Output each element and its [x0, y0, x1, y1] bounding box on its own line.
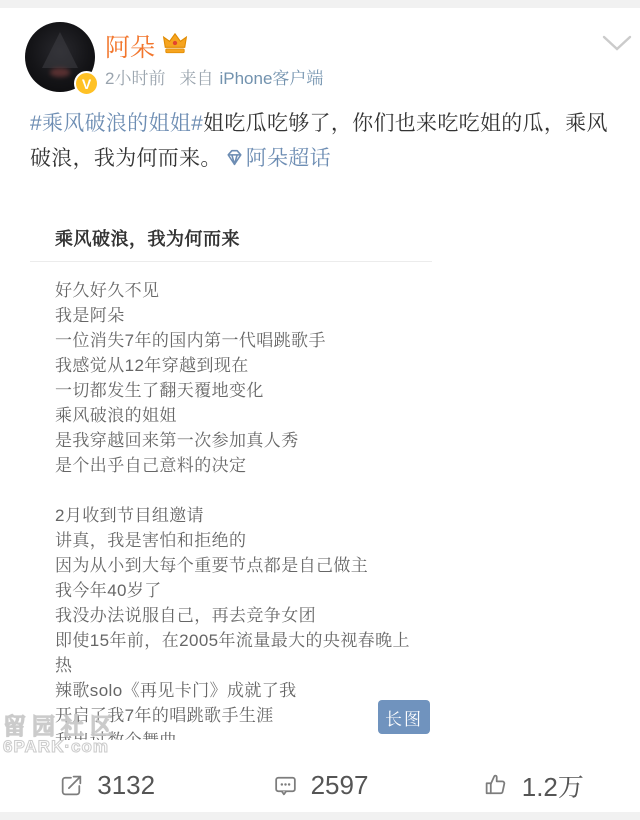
text-line: 好久好久不见 — [55, 278, 417, 303]
text-line: 我是阿朵 — [55, 303, 417, 328]
text-line: 乘风破浪的姐姐 — [55, 403, 417, 428]
long-image-badge: 长图 — [378, 700, 430, 734]
username[interactable]: 阿朵 — [105, 28, 155, 64]
comment-icon — [272, 772, 299, 799]
long-image-divider — [30, 261, 432, 262]
text-line: 2月收到节目组邀请 — [55, 503, 417, 528]
text-line: 我今年40岁了 — [55, 578, 417, 603]
text-line: 因为从小到大每个重要节点都是自己做主 — [55, 553, 417, 578]
text-line: 一切都发生了翻天覆地变化 — [55, 378, 417, 403]
supertopic-link[interactable]: 阿朵超话 — [246, 147, 331, 170]
long-image-title: 乘风破浪，我为何而来 — [55, 227, 417, 252]
repost-button[interactable]: 3132 — [0, 770, 213, 801]
post-meta: 2小时前来自iPhone客户端 — [105, 64, 323, 89]
like-button[interactable]: 1.2万 — [427, 767, 640, 804]
long-image-attachment[interactable]: 乘风破浪，我为何而来 好久好久不见 我是阿朵 一位消失7年的国内第一代唱跳歌手 … — [30, 215, 432, 740]
source-prefix: 来自 — [179, 69, 213, 88]
thumbs-up-icon — [483, 772, 510, 799]
avatar-face-detail — [50, 68, 70, 77]
action-bar: 3132 2597 1.2万 — [0, 760, 640, 810]
supertopic-gem-icon — [224, 150, 245, 173]
repost-icon — [58, 772, 85, 799]
like-count: 1.2万 — [522, 767, 584, 804]
hashtag-link[interactable]: #乘风破浪的姐姐# — [30, 112, 203, 135]
text-line: 讲真，我是害怕和拒绝的 — [55, 528, 417, 553]
timestamp: 2小时前 — [105, 69, 165, 88]
avatar-silhouette — [42, 32, 78, 68]
repost-count: 3132 — [97, 770, 155, 801]
text-line: 即使15年前，在2005年流量最大的央视春晚上热 — [55, 628, 417, 678]
text-line: 我出过数个舞曲 — [55, 728, 417, 740]
bottom-divider-strip — [0, 812, 640, 820]
long-image-paragraph-1: 好久好久不见 我是阿朵 一位消失7年的国内第一代唱跳歌手 我感觉从12年穿越到现… — [55, 278, 417, 478]
watermark-site-url: 6PARK·com — [3, 738, 119, 756]
comment-button[interactable]: 2597 — [213, 770, 426, 801]
avatar[interactable]: V — [25, 22, 95, 92]
text-line: 开启了我7年的唱跳歌手生涯 — [55, 703, 417, 728]
long-image-paragraph-2: 2月收到节目组邀请 讲真，我是害怕和拒绝的 因为从小到大每个重要节点都是自己做主… — [55, 503, 417, 740]
text-line: 辣歌solo《再见卡门》成就了我 — [55, 678, 417, 703]
comment-count: 2597 — [311, 770, 369, 801]
text-line: 是个出乎自己意料的决定 — [55, 453, 417, 478]
text-line: 一位消失7年的国内第一代唱跳歌手 — [55, 328, 417, 353]
vip-crown-icon — [162, 31, 188, 62]
source-link[interactable]: iPhone客户端 — [219, 69, 323, 88]
chevron-down-icon[interactable] — [602, 34, 632, 57]
text-line: 我没办法说服自己，再去竞争女团 — [55, 603, 417, 628]
top-divider-strip — [0, 0, 640, 8]
post-text: #乘风破浪的姐姐#姐吃瓜吃够了，你们也来吃吃姐的瓜，乘风破浪，我为何而来。阿朵超… — [30, 106, 610, 179]
text-line: 我感觉从12年穿越到现在 — [55, 353, 417, 378]
verified-badge-icon: V — [74, 71, 99, 96]
text-line: 是我穿越回来第一次参加真人秀 — [55, 428, 417, 453]
